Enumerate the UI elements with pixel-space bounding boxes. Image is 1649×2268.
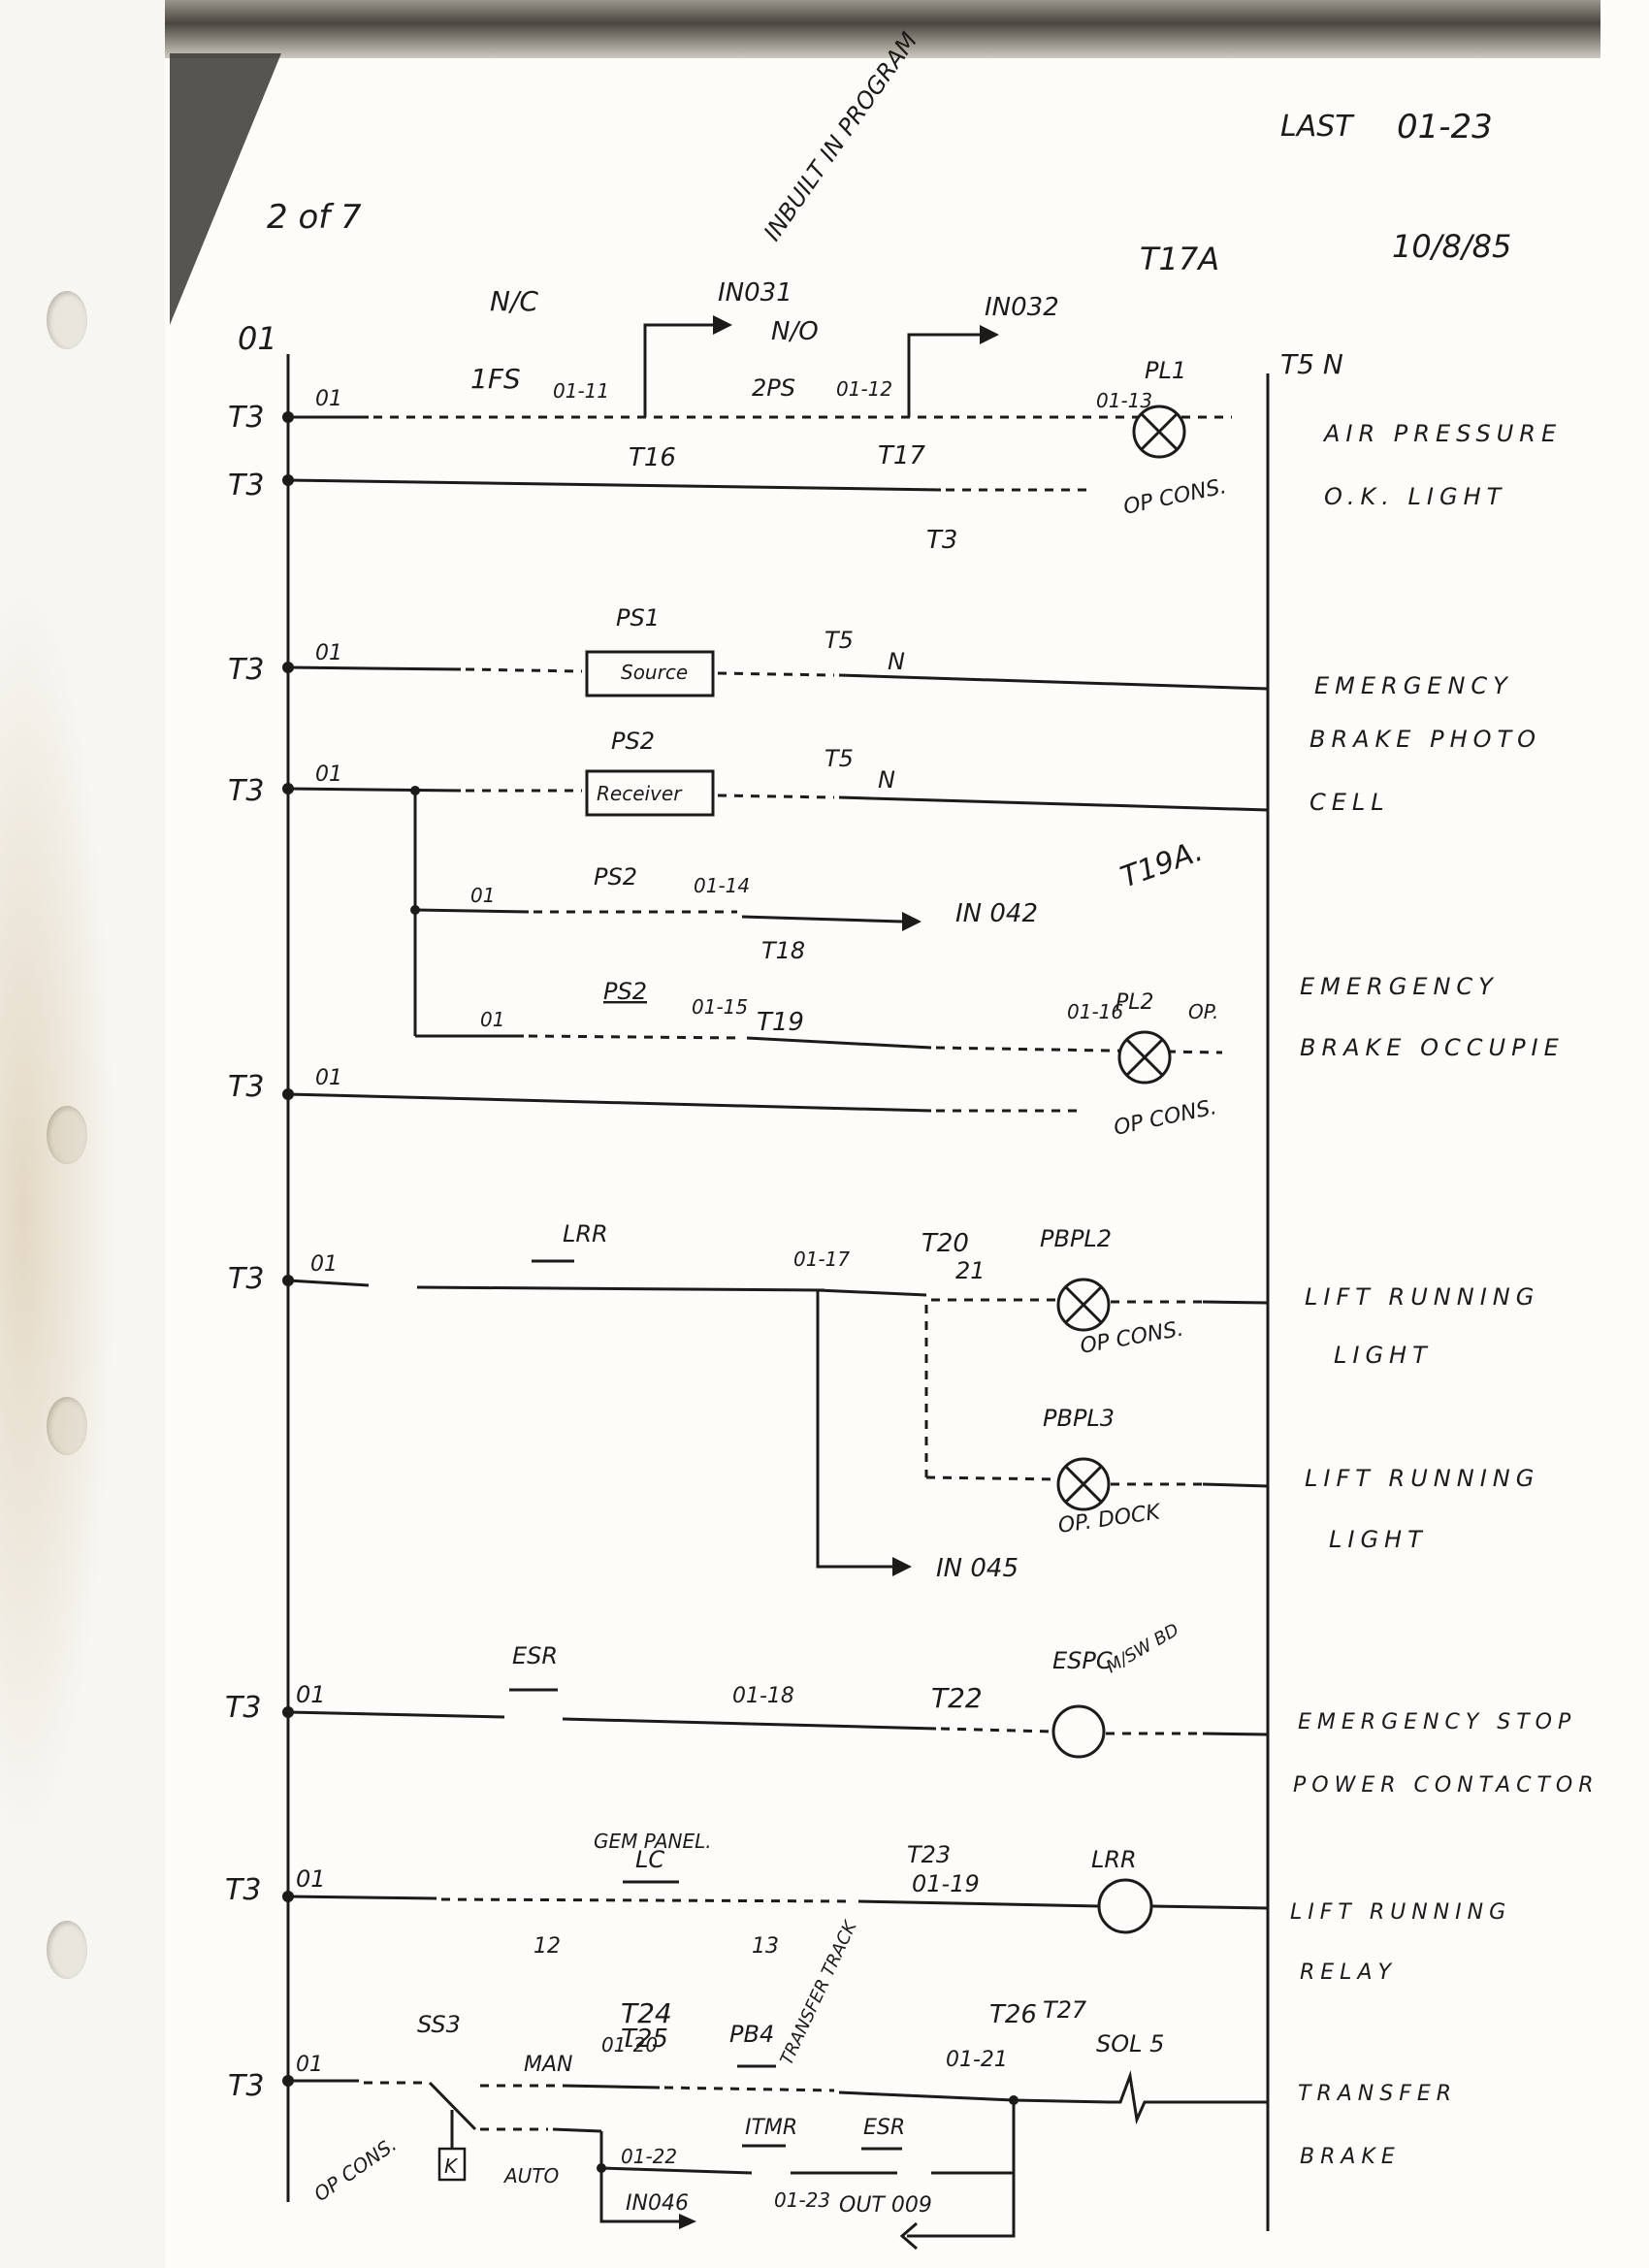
terminal-label: 12 xyxy=(533,1934,561,1959)
rung-air-pressure: T3 T3 01 1FS N/C 01-11 T16 IN031 N/O 2PS… xyxy=(228,241,1562,555)
terminal-label: 21 xyxy=(955,1257,986,1284)
neutral-label: N xyxy=(888,648,905,675)
wire-number: 01 xyxy=(296,1681,326,1708)
sheet-number: 2 of 7 xyxy=(267,198,362,237)
wire-number: 01-21 xyxy=(946,2048,1008,2072)
wire-number: 01 xyxy=(470,884,495,907)
wire-number: 01-22 xyxy=(621,2145,677,2168)
component-note: K xyxy=(444,2155,459,2178)
last-ref-value: 01-23 xyxy=(1397,108,1493,146)
component-label: SOL 5 xyxy=(1096,2030,1164,2057)
rung-description: EMERGENCY xyxy=(1300,973,1499,1000)
ladder-diagram: LAST 01-23 10/8/85 2 of 7 INBUILT IN PRO… xyxy=(0,0,1649,2268)
coil-icon xyxy=(1053,1706,1104,1757)
component-label: SS3 xyxy=(417,2011,461,2038)
wire-number: 01 xyxy=(480,1008,504,1031)
plc-input: IN032 xyxy=(985,293,1059,322)
wire-number: 01-13 xyxy=(1096,389,1152,412)
component-note: M/SW BD xyxy=(1103,1620,1182,1678)
rail-tag: T3 xyxy=(228,469,264,502)
rung-description: BRAKE xyxy=(1300,2145,1401,2169)
rung-emergency-stop: T3 01 ESR 01-18 T22 ESPC M/SW BD EMERGEN… xyxy=(225,1620,1600,1798)
date: 10/8/85 xyxy=(1392,228,1511,265)
rail-right-label: T5 N xyxy=(1280,348,1343,380)
rail-tag: T3 xyxy=(228,774,264,808)
component-label: PS2 xyxy=(603,978,647,1005)
terminal-label: 13 xyxy=(752,1934,779,1959)
rung-description: BRAKE PHOTO xyxy=(1309,726,1541,753)
plc-input: IN031 xyxy=(718,278,792,308)
terminal-label: T22 xyxy=(931,1682,983,1714)
component-note: OP CONS. xyxy=(309,2132,401,2206)
wire-number: 01 xyxy=(310,1252,338,1277)
terminal-label: T17A xyxy=(1140,241,1219,277)
component-note: AUTO xyxy=(502,2164,559,2187)
neutral-label: N xyxy=(878,766,895,794)
rail-tag: T3 xyxy=(228,653,264,687)
rail-left-label: 01 xyxy=(238,320,277,357)
wire-number: 01 xyxy=(315,641,342,665)
rail-tag: T3 xyxy=(225,1873,261,1907)
rung-description: LIGHT xyxy=(1329,1526,1428,1553)
terminal-label: T25 xyxy=(621,2025,668,2054)
rail-tag: T3 xyxy=(225,1691,261,1725)
terminal-label: T23 xyxy=(907,1841,951,1868)
terminal-label: T20 xyxy=(921,1229,969,1258)
component-note: OP CONS. xyxy=(1121,474,1229,520)
plc-input: IN 045 xyxy=(936,1554,1018,1583)
wire-number: 01-17 xyxy=(793,1247,850,1271)
plc-input: IN046 xyxy=(626,2191,689,2216)
rung-transfer-brake: T3 01 SS3 MAN 01-20 T24 PB4 TRANSFER TRA… xyxy=(228,1917,1457,2249)
component-label: ITMR xyxy=(745,2116,797,2140)
rung-lift-running-light: T3 01 LRR 01-17 T20 21 PBPL2 OP CONS. PB… xyxy=(228,1220,1539,1583)
terminal-label: T3 xyxy=(926,526,957,555)
rung-description: LIGHT xyxy=(1334,1342,1433,1369)
component-label: 1FS xyxy=(470,363,521,395)
rung-ps2-input: 01 PS2 01-14 T18 IN 042 T19A. xyxy=(410,834,1208,964)
rail-tag: T3 xyxy=(228,2069,264,2103)
rung-description: TRANSFER xyxy=(1298,2082,1457,2106)
annotation-note: INBUILT IN PROGRAM xyxy=(759,27,923,245)
component-label: PS1 xyxy=(616,604,660,632)
wire-number: 01-12 xyxy=(836,377,892,401)
wire-number: 01 xyxy=(296,1865,326,1893)
wire-number: 01-15 xyxy=(692,995,748,1019)
rung-description: POWER CONTACTOR xyxy=(1293,1773,1600,1798)
terminal-label: T17 xyxy=(878,441,925,470)
rung-description: EMERGENCY xyxy=(1314,672,1513,699)
wire-number: 01 xyxy=(296,2053,323,2077)
wire-number: 01-19 xyxy=(912,1870,980,1897)
rung-lift-running-relay: T3 01 GEM PANEL. LC 12 13 T23 01-19 LRR … xyxy=(225,1830,1511,1985)
wire-number: 01-18 xyxy=(732,1684,794,1708)
terminal-label: T27 xyxy=(1043,1996,1087,2024)
terminal-label: T16 xyxy=(629,443,676,472)
photocell-source-box: Source xyxy=(621,661,688,684)
wire-number: 01 xyxy=(315,1066,342,1090)
rail-tag: T3 xyxy=(228,1070,264,1104)
last-ref-label: LAST xyxy=(1280,110,1355,144)
component-label: PL2 xyxy=(1115,990,1154,1015)
annotation: T19A. xyxy=(1116,834,1208,895)
wire-number: 01 xyxy=(315,387,342,411)
rung-description: O.K. LIGHT xyxy=(1324,483,1506,510)
wire-number: 01-11 xyxy=(553,379,609,403)
rung-description: LIFT RUNNING xyxy=(1305,1465,1539,1492)
rail-tag: T3 xyxy=(228,1262,264,1296)
terminal-label: T26 xyxy=(989,2000,1037,2029)
rung-description: LIFT RUNNING xyxy=(1305,1283,1539,1311)
component-note: N/O xyxy=(771,317,819,346)
plc-output: OUT 009 xyxy=(839,2193,932,2218)
relay-coil-icon xyxy=(1099,1880,1151,1932)
terminal-label: T19 xyxy=(757,1008,804,1037)
rail-tag: T3 xyxy=(228,401,264,435)
rung-description: BRAKE OCCUPIE xyxy=(1300,1034,1565,1061)
component-label: PB4 xyxy=(729,2021,774,2048)
component-label: ESR xyxy=(863,2116,905,2140)
solenoid-icon xyxy=(1111,2076,1188,2120)
rung-description: CELL xyxy=(1309,789,1390,816)
wire-number: 01 xyxy=(315,762,342,787)
component-note: TRANSFER TRACK xyxy=(776,1917,861,2068)
component-note: OP CONS. xyxy=(1112,1095,1219,1141)
component-note: MAN xyxy=(524,2053,573,2077)
terminal-label: T5 xyxy=(824,627,854,654)
component-label: LRR xyxy=(563,1220,608,1247)
component-label: PBPL3 xyxy=(1043,1405,1115,1432)
terminal-label: T18 xyxy=(761,937,805,964)
component-label: PL1 xyxy=(1145,357,1186,384)
component-label: LC xyxy=(635,1846,664,1873)
wire-number: 01-23 xyxy=(774,2188,830,2212)
rung-brake-occupied: 01 PS2 01-15 T19 01-16 PL2 OP. T3 01 OP … xyxy=(228,973,1565,1141)
photocell-receiver-box: Receiver xyxy=(597,782,683,805)
rung-description: LIFT RUNNING xyxy=(1290,1900,1511,1925)
rung-description: RELAY xyxy=(1300,1960,1397,1985)
plc-input: IN 042 xyxy=(955,899,1038,928)
component-label: PS2 xyxy=(611,728,655,755)
component-label: LRR xyxy=(1091,1846,1137,1873)
component-note: N/C xyxy=(490,285,538,317)
terminal-label: T5 xyxy=(824,745,854,772)
rung-description: EMERGENCY STOP xyxy=(1298,1710,1576,1734)
component-note: OP. xyxy=(1188,1000,1218,1023)
rung-description: AIR PRESSURE xyxy=(1322,420,1562,447)
component-label: PBPL2 xyxy=(1040,1225,1112,1252)
component-label: 2PS xyxy=(752,374,795,402)
component-label: ESR xyxy=(512,1642,558,1669)
wire-number: 01-14 xyxy=(694,874,750,897)
component-label: PS2 xyxy=(594,863,637,891)
